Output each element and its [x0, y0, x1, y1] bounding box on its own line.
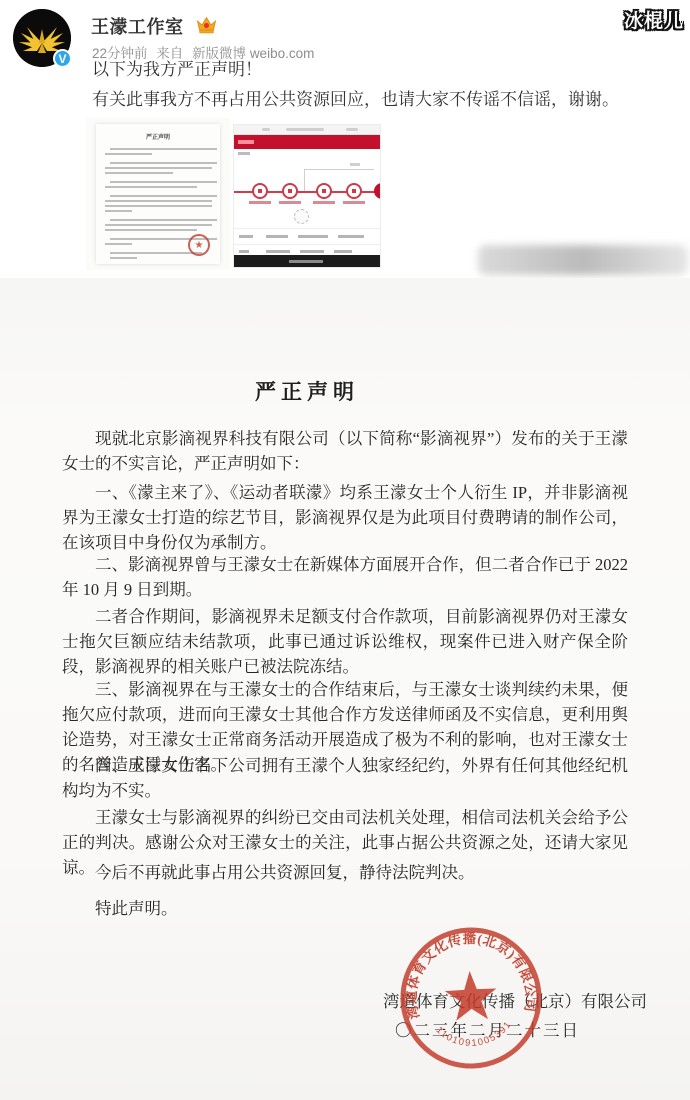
- post-text-line-1: 以下为我方严正声明！: [92, 58, 652, 82]
- flow-node-icon: [346, 183, 362, 199]
- statement-document: 严正声明 现就北京影滴视界科技有限公司（以下简称“影滴视界”）发布的关于王濛女士…: [0, 278, 690, 1100]
- flow-node-icon: [282, 183, 298, 199]
- flow-subnode-icon: [294, 209, 309, 224]
- verified-badge-icon: V: [53, 49, 72, 68]
- watermark: 冰棍儿: [624, 6, 684, 33]
- statement-paragraph: 二、影滴视界曾与王濛女士在新媒体方面展开合作，但二者合作已于 2022 年 10…: [62, 552, 628, 602]
- crown-badge-icon: [196, 15, 217, 34]
- flow-node-icon: [316, 183, 332, 199]
- mini-document-sheet: 严正声明 ★: [96, 124, 220, 264]
- blurred-smudge: [478, 245, 688, 275]
- post-text-line-2: 有关此事我方不再占用公共资源回应，也请大家不传谣不信谣，谢谢。: [92, 88, 652, 112]
- statement-paragraph: 二者合作期间，影滴视界未足额支付合作款项，目前影滴视界仍对王濛女士拖欠巨额应结未…: [62, 604, 628, 679]
- statement-title: 严正声明: [207, 376, 407, 406]
- mini-seal-icon: ★: [188, 234, 210, 256]
- statement-paragraph: 一、《濛主来了》、《运动者联濛》均系王濛女士个人衍生 IP，并非影滴视界为王濛女…: [62, 480, 628, 555]
- thumbnail-statement-photo[interactable]: 严正声明 ★: [86, 118, 230, 270]
- statement-paragraph: 今后不再就此事占用公共资源回复，静待法院判决。: [62, 860, 628, 885]
- statement-paragraph: 现就北京影滴视界科技有限公司（以下简称“影滴视界”）发布的关于王濛女士的不实言论…: [62, 426, 628, 476]
- mini-browser-bar: [234, 125, 380, 135]
- thumbnail-webpage-screenshot[interactable]: [233, 124, 381, 268]
- seal-star-icon: [444, 970, 498, 1022]
- username[interactable]: 王濛工作室: [91, 13, 184, 39]
- company-seal: 湾道体育文化传播(北京)有限公司 11010910053914: [392, 919, 550, 1077]
- statement-paragraph: 特此声明。: [62, 896, 628, 921]
- mini-red-banner: [234, 135, 380, 149]
- flow-node-active-icon: [374, 183, 381, 199]
- weibo-post-screenshot: 冰棍儿 V 王濛工作室 22分钟前: [0, 0, 690, 1100]
- statement-paragraph: 四、王濛女士名下公司拥有王濛个人独家经纪约，外界有任何其他经纪机构均为不实。: [62, 753, 628, 803]
- mini-document-title: 严正声明: [96, 132, 220, 141]
- flow-node-icon: [252, 183, 268, 199]
- mini-footer-bar: [234, 255, 380, 267]
